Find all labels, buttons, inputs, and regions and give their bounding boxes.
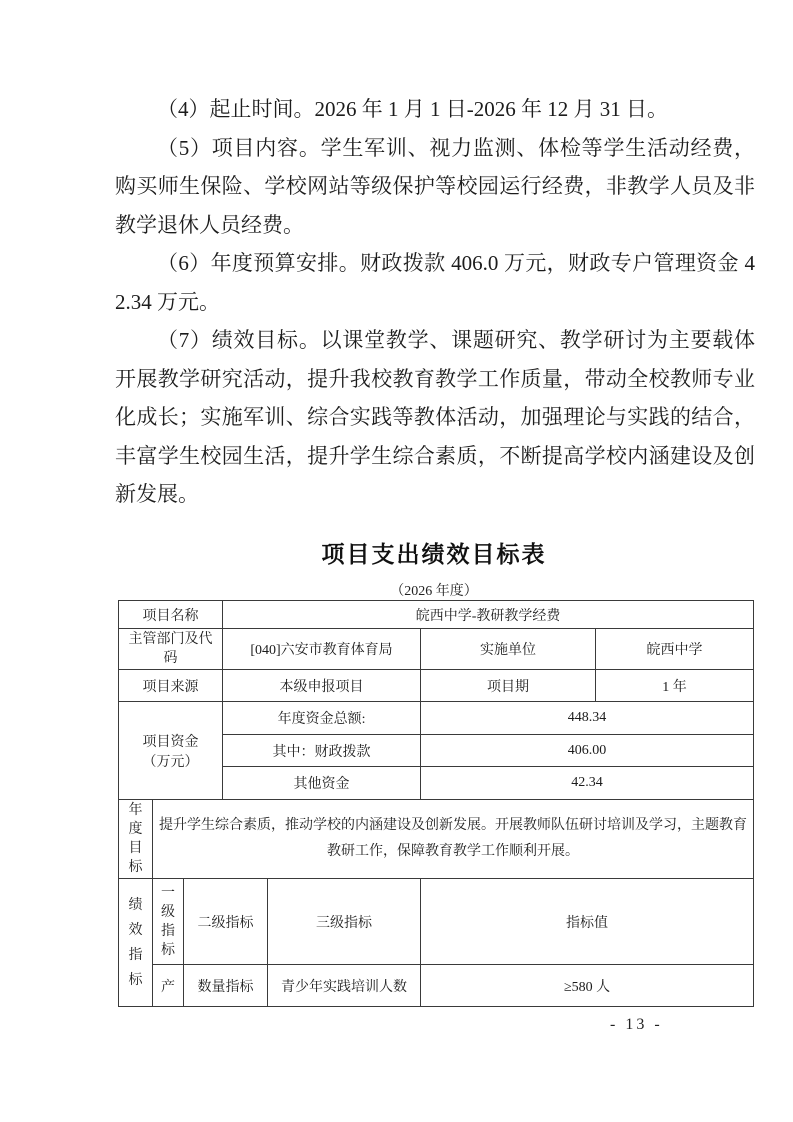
period-value: 1 年 — [596, 670, 754, 702]
indicator-level1: 产 — [153, 965, 184, 1007]
dept-label: 主管部门及代 码 — [119, 629, 223, 670]
performance-target-table: 项目名称 皖西中学-教研教学经费 主管部门及代 码 [040]六安市教育体育局 … — [118, 600, 754, 1007]
perf-indicator-label: 绩 效 指 标 — [119, 879, 153, 1007]
source-value: 本级申报项目 — [223, 670, 421, 702]
impl-unit-value: 皖西中学 — [596, 629, 754, 670]
paragraph-item-7: （7）绩效目标。以课堂教学、课题研究、教学研讨为主要载体开展教学研究活动，提升我… — [115, 321, 755, 514]
level1-header: 一 级 指 标 — [153, 879, 184, 965]
fund-total-label: 年度资金总额: — [223, 702, 421, 735]
indicator-value: ≥580 人 — [421, 965, 754, 1007]
fund-fiscal-label: 其中：财政拨款 — [223, 735, 421, 767]
impl-unit-label: 实施单位 — [421, 629, 596, 670]
paragraph-item-5: （5）项目内容。学生军训、视力监测、体检等学生活动经费，购买师生保险、学校网站等… — [115, 129, 755, 245]
fund-total-value: 448.34 — [421, 702, 754, 735]
page-number: - 13 - — [610, 1016, 663, 1034]
table-row: 年 度 目 标 提升学生综合素质，推动学校的内涵建设及创新发展。开展教师队伍研讨… — [119, 800, 754, 879]
level3-header: 三级指标 — [268, 879, 421, 965]
period-label: 项目期 — [421, 670, 596, 702]
document-page: （4）起止时间。2026 年 1 月 1 日-2026 年 12 月 31 日。… — [0, 0, 793, 1122]
table-row: 主管部门及代 码 [040]六安市教育体育局 实施单位 皖西中学 — [119, 629, 754, 670]
indicator-row: 产 数量指标 青少年实践培训人数 ≥580 人 — [119, 965, 754, 1007]
table-title: 项目支出绩效目标表 — [115, 536, 753, 569]
table-row: 项目来源 本级申报项目 项目期 1 年 — [119, 670, 754, 702]
table-row: 绩 效 指 标 一 级 指 标 二级指标 三级指标 指标值 — [119, 879, 754, 965]
fund-other-label: 其他资金 — [223, 767, 421, 800]
annual-goal-label: 年 度 目 标 — [119, 800, 153, 879]
dept-value: [040]六安市教育体育局 — [223, 629, 421, 670]
table-row: 项目名称 皖西中学-教研教学经费 — [119, 601, 754, 629]
funds-label: 项目资金 （万元） — [119, 702, 223, 800]
fund-other-value: 42.34 — [421, 767, 754, 800]
indicator-level2: 数量指标 — [184, 965, 268, 1007]
table-subtitle: （2026 年度） — [115, 580, 753, 600]
fund-fiscal-value: 406.00 — [421, 735, 754, 767]
table-row: 项目资金 （万元） 年度资金总额: 448.34 — [119, 702, 754, 735]
paragraph-item-6: （6）年度预算安排。财政拨款 406.0 万元，财政专户管理资金 42.34 万… — [115, 244, 755, 321]
body-text: （4）起止时间。2026 年 1 月 1 日-2026 年 12 月 31 日。… — [115, 90, 755, 514]
level2-header: 二级指标 — [184, 879, 268, 965]
source-label: 项目来源 — [119, 670, 223, 702]
annual-goal-text: 提升学生综合素质，推动学校的内涵建设及创新发展。开展教师队伍研讨培训及学习，主题… — [153, 800, 754, 879]
value-header: 指标值 — [421, 879, 754, 965]
indicator-level3: 青少年实践培训人数 — [268, 965, 421, 1007]
project-name-label: 项目名称 — [119, 601, 223, 629]
paragraph-item-4: （4）起止时间。2026 年 1 月 1 日-2026 年 12 月 31 日。 — [115, 90, 755, 129]
project-name-value: 皖西中学-教研教学经费 — [223, 601, 754, 629]
